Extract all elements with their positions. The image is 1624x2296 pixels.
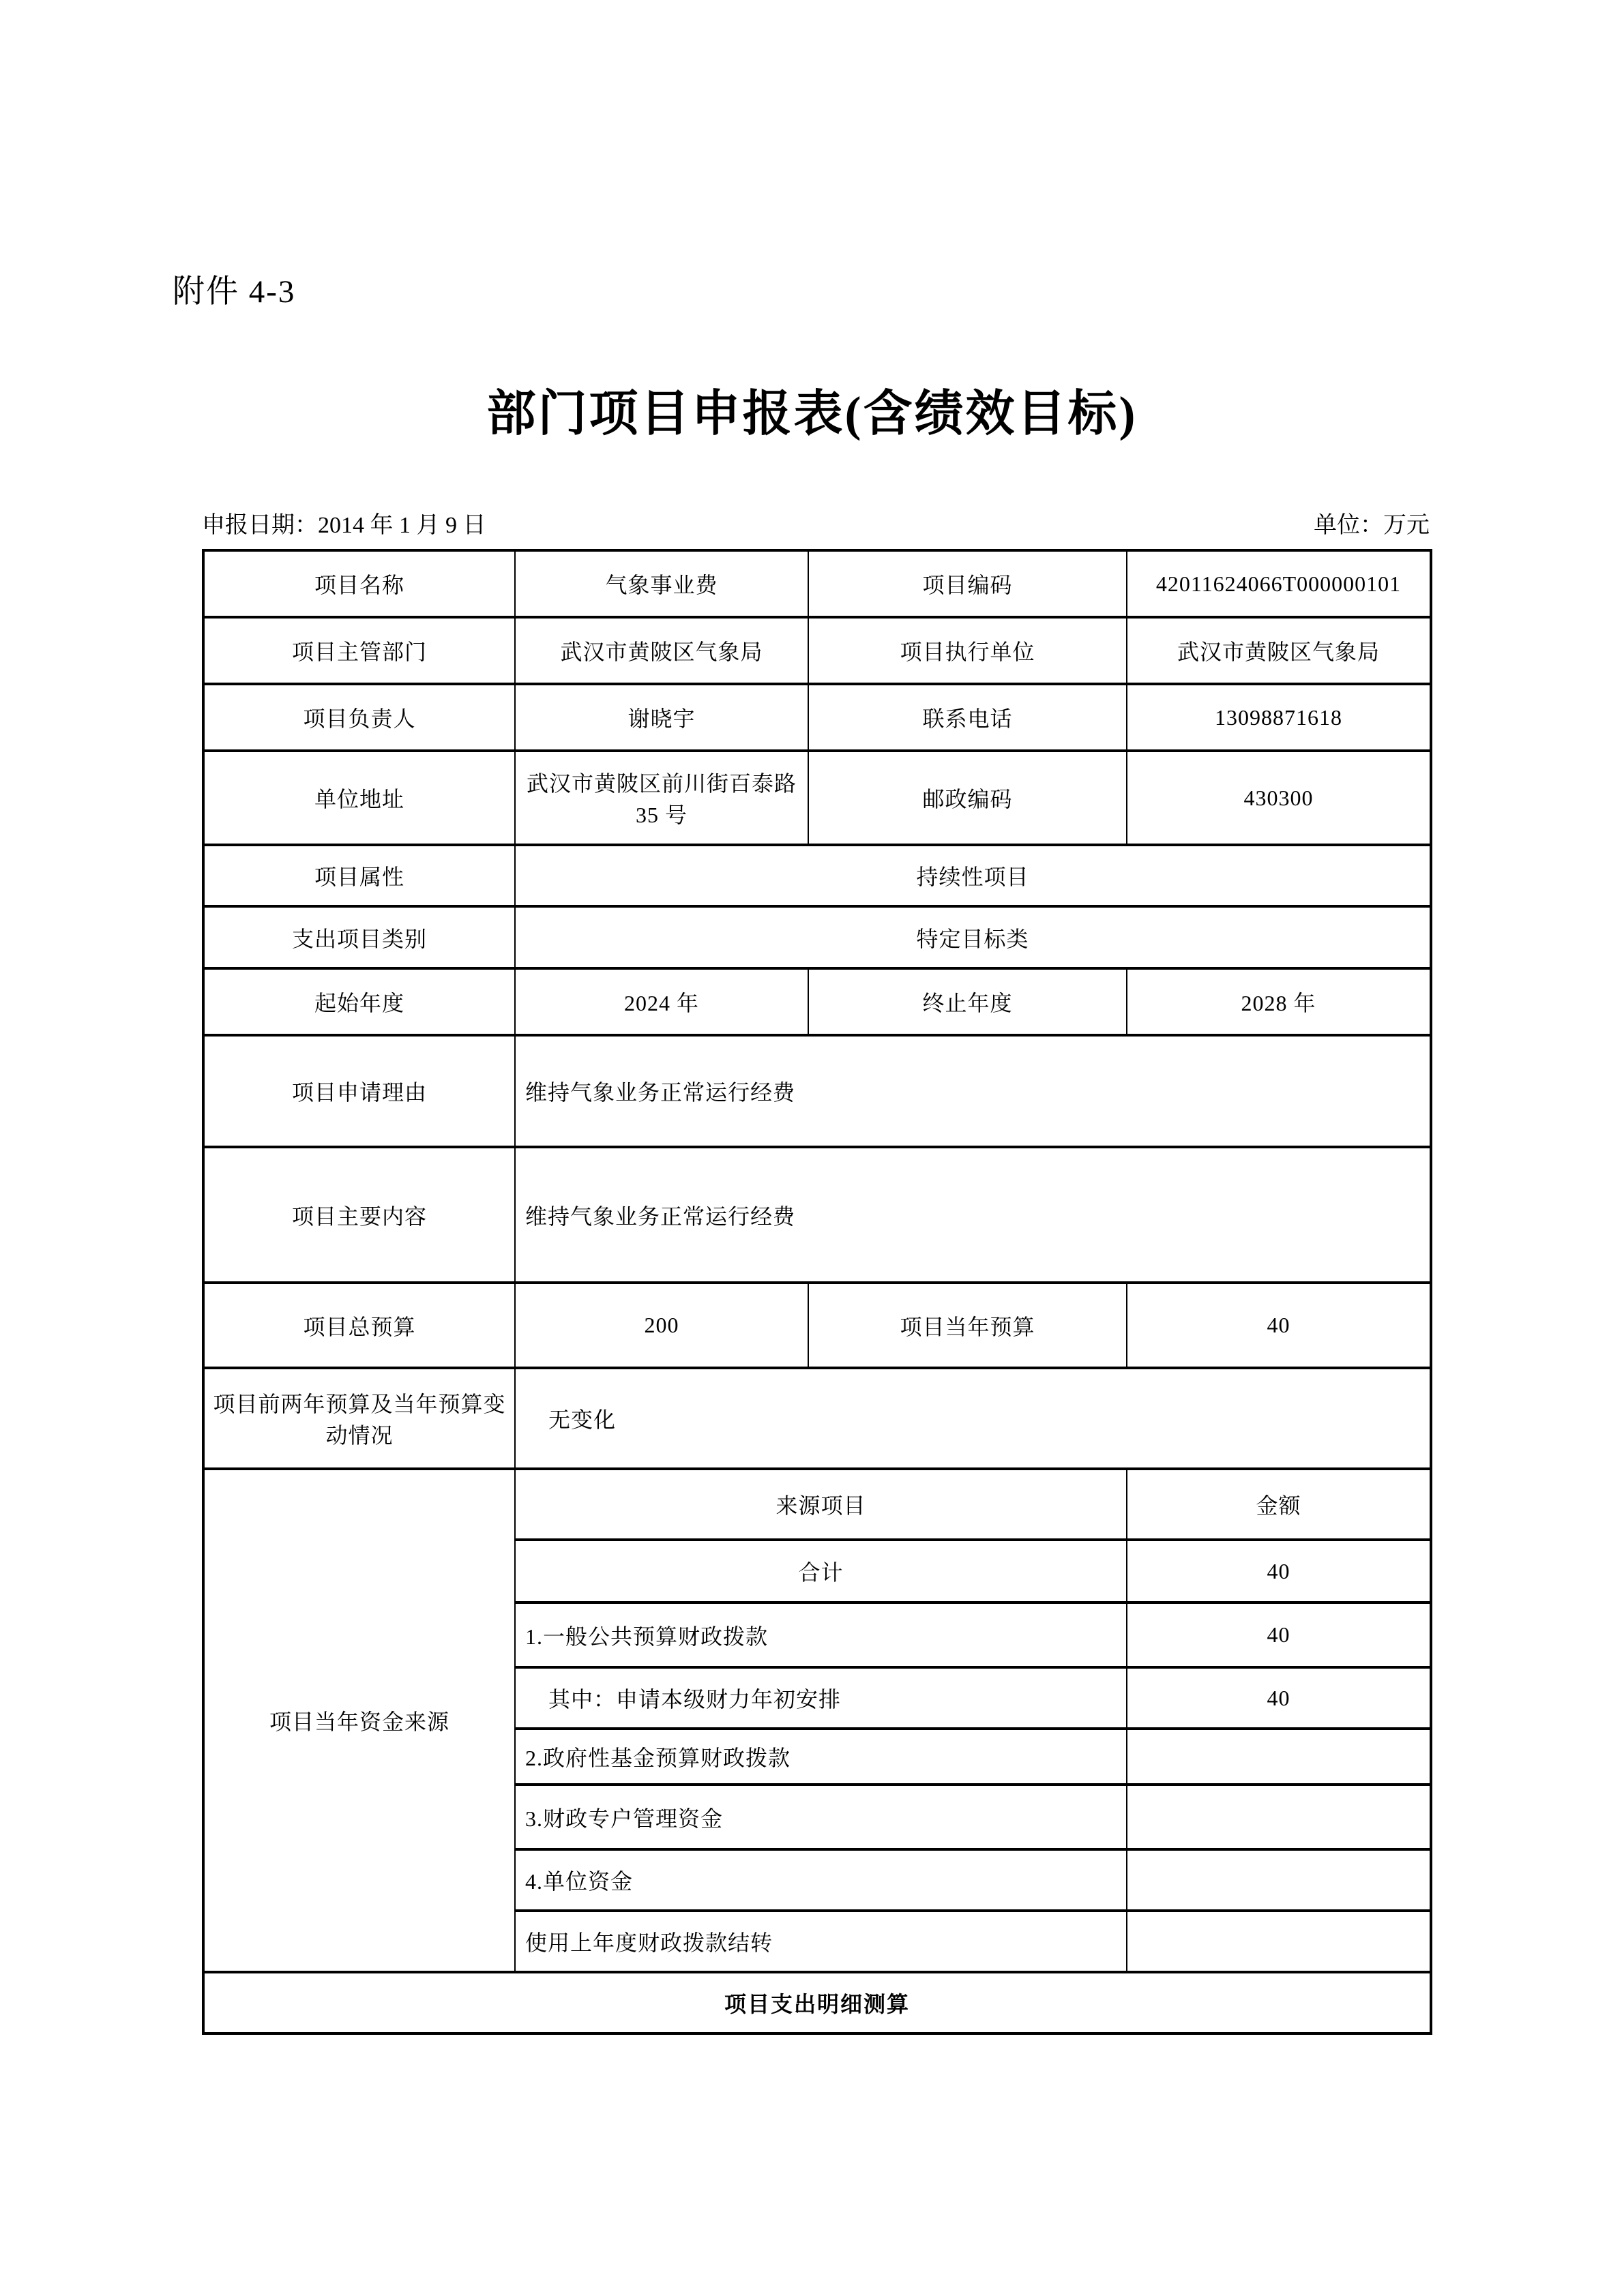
current-budget-value: 40 [1127, 1283, 1431, 1368]
row-main-content: 项目主要内容 维持气象业务正常运行经费 [203, 1147, 1431, 1283]
unit-note: 单位：万元 [1314, 506, 1430, 539]
end-year-value: 2028 年 [1127, 968, 1431, 1035]
funding-item-general-budget: 1.一般公共预算财政拨款 [515, 1602, 1127, 1667]
postcode-value: 430300 [1127, 751, 1431, 845]
funding-amount-total: 40 [1127, 1540, 1431, 1602]
funding-item-unit-funds: 4.单位资金 [515, 1849, 1127, 1911]
exec-unit-value: 武汉市黄陂区气象局 [1127, 617, 1431, 684]
row-dept: 项目主管部门 武汉市黄陂区气象局 项目执行单位 武汉市黄陂区气象局 [203, 617, 1431, 684]
row-project-name: 项目名称 气象事业费 项目编码 42011624066T000000101 [203, 550, 1431, 617]
funding-amount-general-budget: 40 [1127, 1602, 1431, 1667]
funding-item-total: 合计 [515, 1540, 1127, 1602]
row-leader: 项目负责人 谢晓宇 联系电话 13098871618 [203, 684, 1431, 751]
funding-col-item: 来源项目 [515, 1469, 1127, 1540]
row-budget: 项目总预算 200 项目当年预算 40 [203, 1283, 1431, 1368]
funding-amount-local-arrangement: 40 [1127, 1667, 1431, 1729]
start-year-label: 起始年度 [203, 968, 515, 1035]
leader-value: 谢晓宇 [515, 684, 808, 751]
total-budget-value: 200 [515, 1283, 808, 1368]
funding-item-local-arrangement: 其中：申请本级财力年初安排 [515, 1667, 1127, 1729]
project-code-label: 项目编码 [808, 550, 1127, 617]
phone-value: 13098871618 [1127, 684, 1431, 751]
main-content-label: 项目主要内容 [203, 1147, 515, 1283]
row-funding-header: 项目当年资金来源 来源项目 金额 [203, 1469, 1431, 1540]
row-address: 单位地址 武汉市黄陂区前川街百泰路 35 号 邮政编码 430300 [203, 751, 1431, 845]
funding-item-fiscal-account: 3.财政专户管理资金 [515, 1785, 1127, 1849]
budget-change-label: 项目前两年预算及当年预算变动情况 [203, 1368, 515, 1469]
application-form-table: 项目名称 气象事业费 项目编码 42011624066T000000101 项目… [202, 549, 1432, 2035]
project-code-value: 42011624066T000000101 [1127, 550, 1431, 617]
document-page: 附件 4-3 部门项目申报表(含绩效目标) 申报日期：2014 年 1 月 9 … [0, 0, 1624, 2296]
funding-item-carryover: 使用上年度财政拨款结转 [515, 1911, 1127, 1972]
funding-amount-gov-fund [1127, 1729, 1431, 1785]
row-years: 起始年度 2024 年 终止年度 2028 年 [203, 968, 1431, 1035]
meta-line: 申报日期：2014 年 1 月 9 日 单位：万元 [202, 506, 1430, 539]
funding-amount-carryover [1127, 1911, 1431, 1972]
project-name-label: 项目名称 [203, 550, 515, 617]
address-label: 单位地址 [203, 751, 515, 845]
attachment-label: 附件 4-3 [173, 266, 295, 312]
attribute-label: 项目属性 [203, 845, 515, 906]
current-budget-label: 项目当年预算 [808, 1283, 1127, 1368]
address-value: 武汉市黄陂区前川街百泰路 35 号 [515, 751, 808, 845]
postcode-label: 邮政编码 [808, 751, 1127, 845]
page-title: 部门项目申报表(含绩效目标) [0, 374, 1624, 445]
leader-label: 项目负责人 [203, 684, 515, 751]
reason-label: 项目申请理由 [203, 1035, 515, 1147]
funding-item-gov-fund: 2.政府性基金预算财政拨款 [515, 1729, 1127, 1785]
attribute-value: 持续性项目 [515, 845, 1431, 906]
reason-value: 维持气象业务正常运行经费 [515, 1035, 1431, 1147]
category-label: 支出项目类别 [203, 906, 515, 968]
end-year-label: 终止年度 [808, 968, 1127, 1035]
row-reason: 项目申请理由 维持气象业务正常运行经费 [203, 1035, 1431, 1147]
funding-col-amount: 金额 [1127, 1469, 1431, 1540]
row-category: 支出项目类别 特定目标类 [203, 906, 1431, 968]
row-budget-change: 项目前两年预算及当年预算变动情况 无变化 [203, 1368, 1431, 1469]
row-attribute: 项目属性 持续性项目 [203, 845, 1431, 906]
dept-label: 项目主管部门 [203, 617, 515, 684]
dept-value: 武汉市黄陂区气象局 [515, 617, 808, 684]
funding-amount-unit-funds [1127, 1849, 1431, 1911]
expense-detail-section-title: 项目支出明细测算 [203, 1972, 1431, 2033]
main-content-value: 维持气象业务正常运行经费 [515, 1147, 1431, 1283]
category-value: 特定目标类 [515, 906, 1431, 968]
funding-section-label: 项目当年资金来源 [203, 1469, 515, 1972]
budget-change-value: 无变化 [515, 1368, 1431, 1469]
report-date: 申报日期：2014 年 1 月 9 日 [202, 506, 486, 539]
exec-unit-label: 项目执行单位 [808, 617, 1127, 684]
row-footer: 项目支出明细测算 [203, 1972, 1431, 2033]
start-year-value: 2024 年 [515, 968, 808, 1035]
phone-label: 联系电话 [808, 684, 1127, 751]
total-budget-label: 项目总预算 [203, 1283, 515, 1368]
project-name-value: 气象事业费 [515, 550, 808, 617]
funding-amount-fiscal-account [1127, 1785, 1431, 1849]
